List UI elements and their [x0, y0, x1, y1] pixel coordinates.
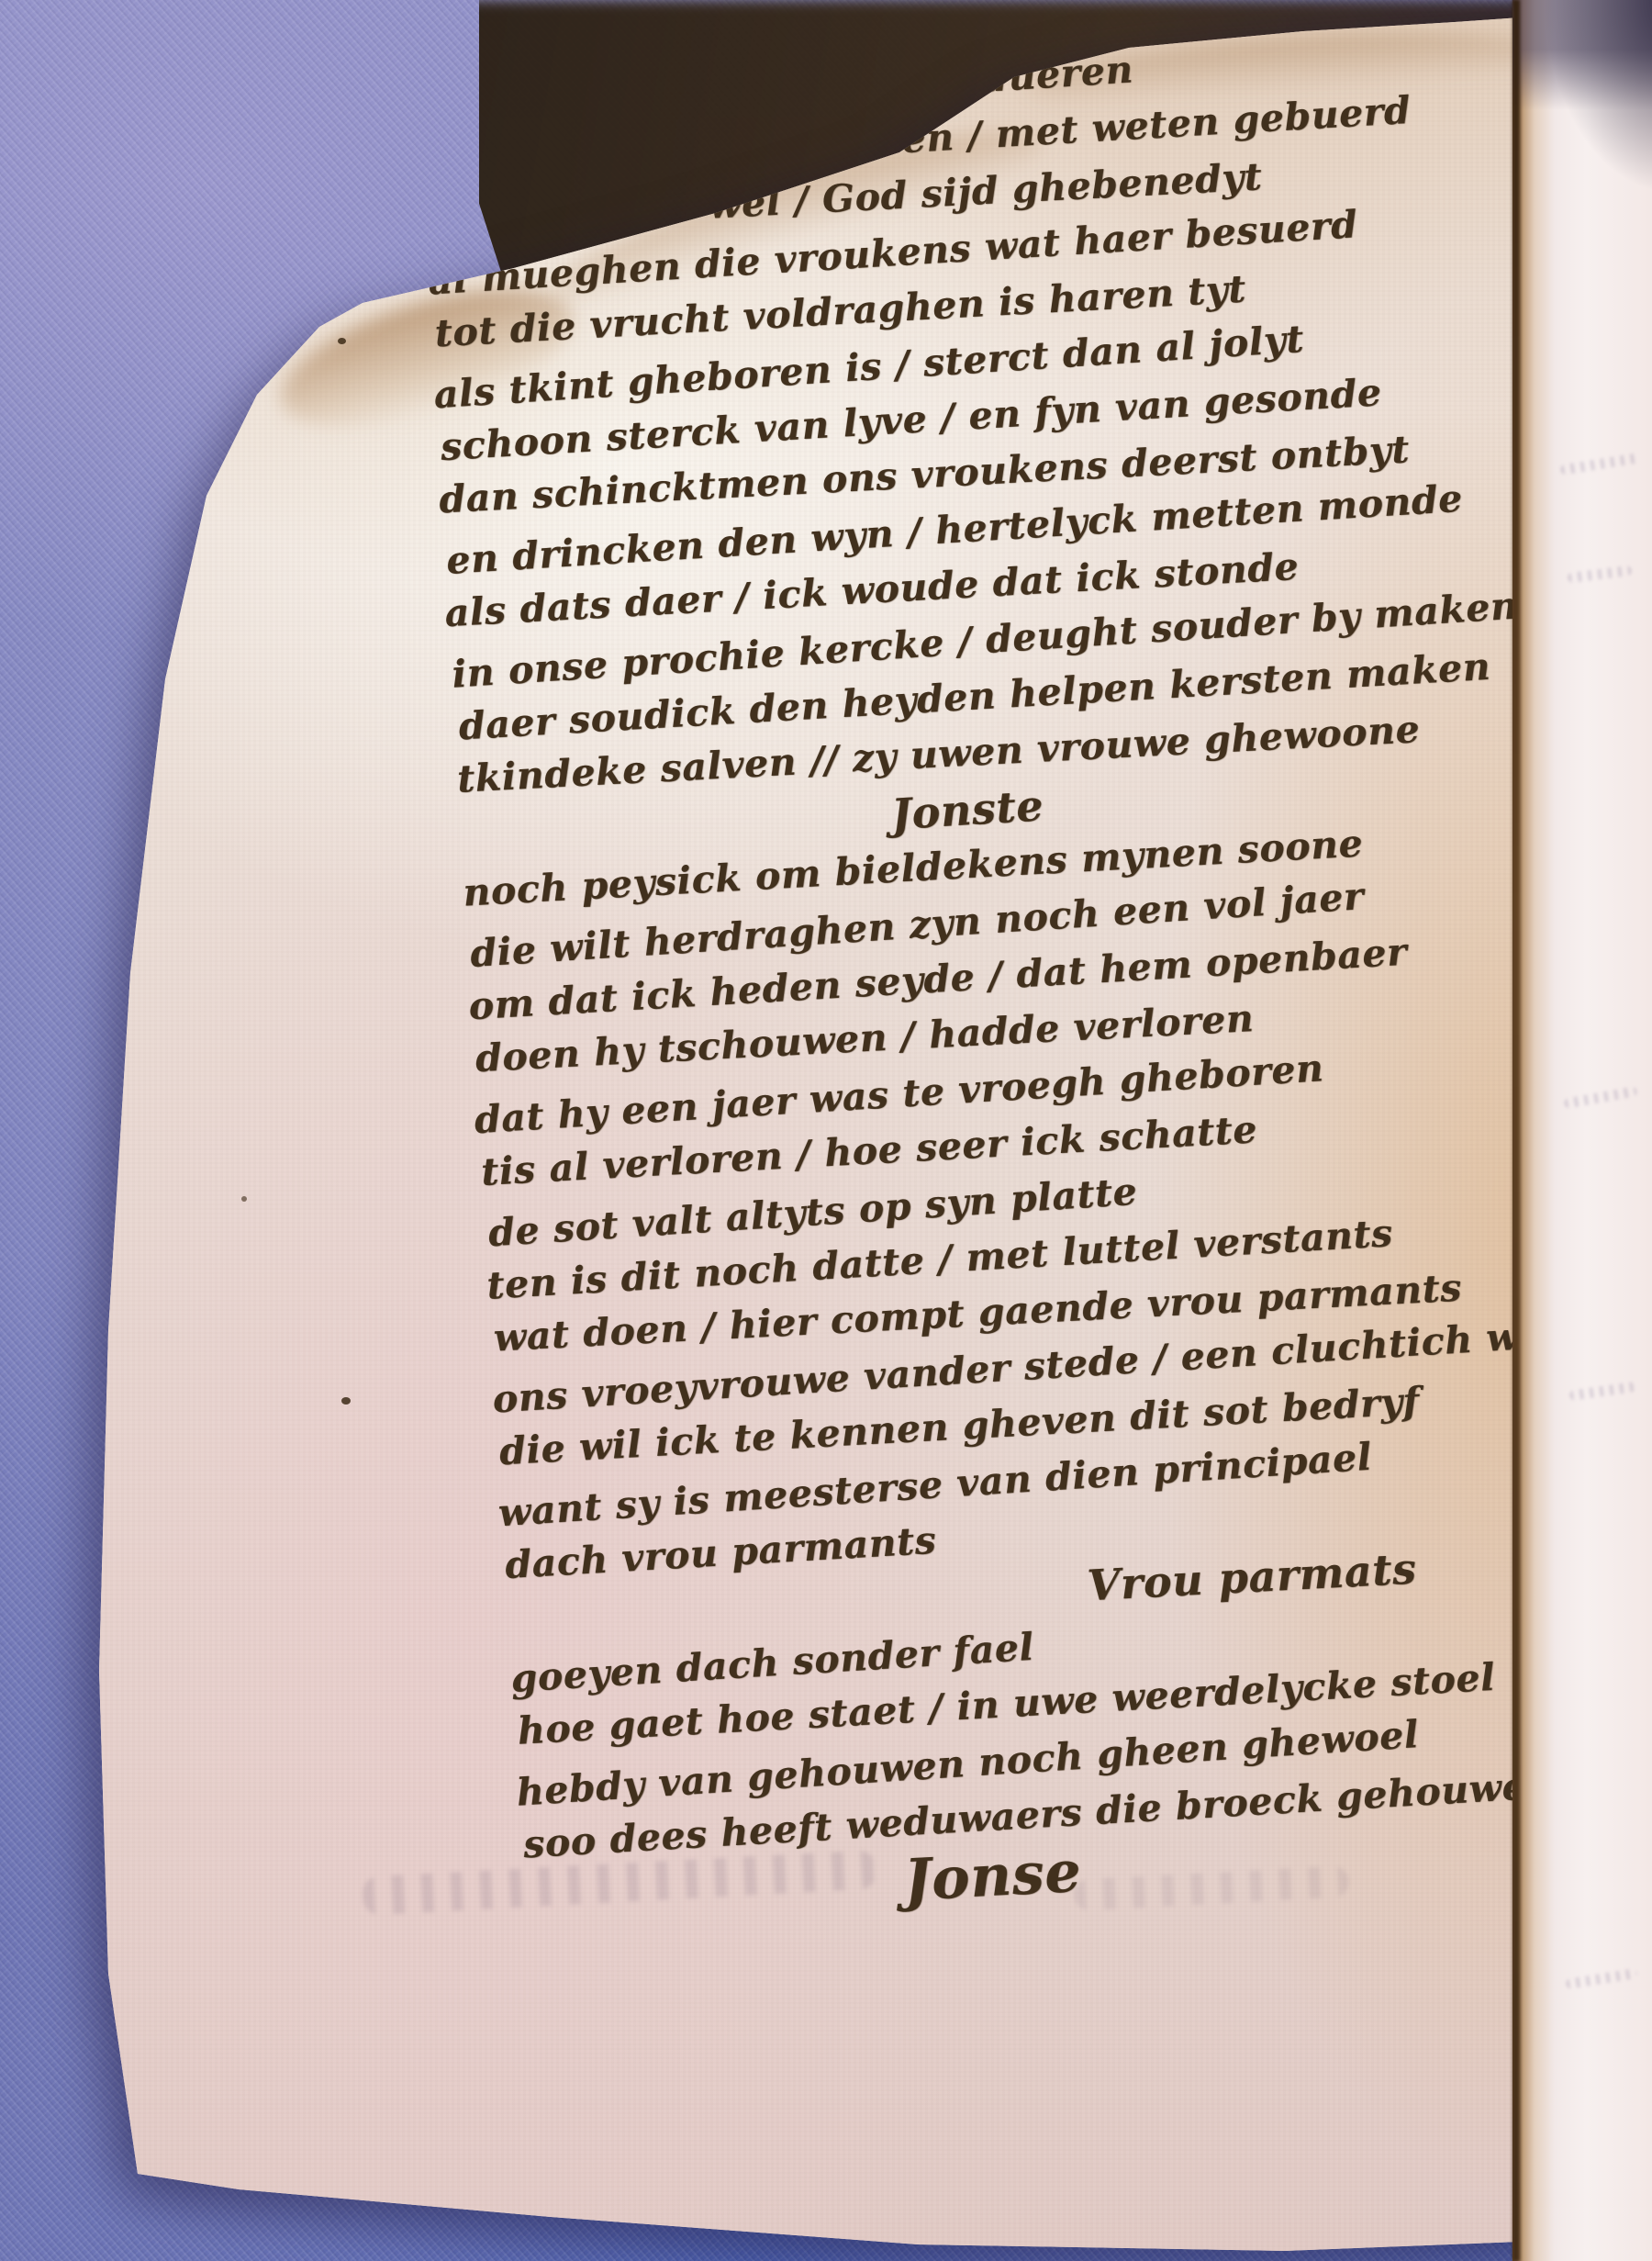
facing-page-edge — [1512, 0, 1652, 2261]
text-block: en als sy blyde moeder volduerenick en h… — [418, 18, 1648, 1929]
show-through-scribble — [1566, 1968, 1638, 1989]
photo-of-manuscript: en als sy blyde moeder volduerenick en h… — [0, 0, 1652, 2261]
show-through-scribble — [1569, 1382, 1636, 1401]
ink-speck — [341, 1397, 351, 1405]
show-through-scribble — [1568, 565, 1633, 583]
gutter-crease — [1512, 0, 1520, 2261]
ink-speck — [519, 1234, 524, 1238]
manuscript-page: en als sy blyde moeder volduerenick en h… — [0, 0, 1652, 2261]
show-through-scribble — [1560, 453, 1640, 475]
show-through-scribble — [1564, 1086, 1638, 1109]
ink-speck — [241, 1196, 247, 1202]
ink-speck — [338, 338, 346, 344]
manuscript-page-wrap: en als sy blyde moeder volduerenick en h… — [0, 0, 1652, 2261]
